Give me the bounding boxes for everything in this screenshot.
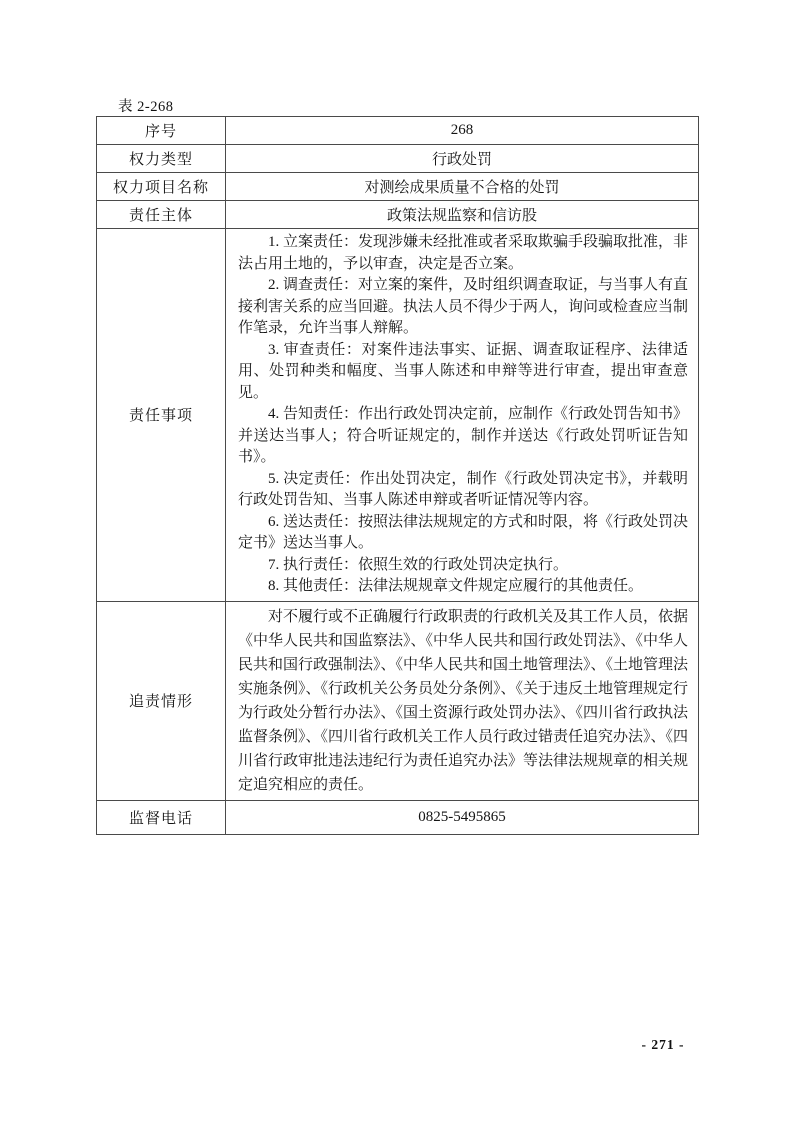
row-label-duty-items: 责任事项 xyxy=(97,229,226,602)
duty-paragraph: 5. 决定责任：作出处罚决定，制作《行政处罚决定书》，并载明行政处罚告知、当事人… xyxy=(238,469,688,512)
duty-paragraph: 3. 审查责任：对案件违法事实、证据、调查取证程序、法律适用、处罚种类和幅度、当… xyxy=(238,340,688,405)
table-row: 权力项目名称 对测绘成果质量不合格的处罚 xyxy=(97,173,699,201)
row-value-power-item-name: 对测绘成果质量不合格的处罚 xyxy=(226,173,699,201)
row-value-power-type: 行政处罚 xyxy=(226,145,699,173)
accountability-cell: 对不履行或不正确履行行政职责的行政机关及其工作人员，依据《中华人民共和国监察法》… xyxy=(226,601,699,800)
table-row: 责任主体 政策法规监察和信访股 xyxy=(97,201,699,229)
page-number: - 271 - xyxy=(640,1037,686,1053)
table-row: 责任事项 1. 立案责任：发现涉嫌未经批准或者采取欺骗手段骗取批准，非法占用土地… xyxy=(97,229,699,602)
table-row: 序号 268 xyxy=(97,117,699,145)
duty-items-cell: 1. 立案责任：发现涉嫌未经批准或者采取欺骗手段骗取批准，非法占用土地的，予以审… xyxy=(226,229,699,602)
row-label-accountability: 追责情形 xyxy=(97,601,226,800)
table-row: 追责情形 对不履行或不正确履行行政职责的行政机关及其工作人员，依据《中华人民共和… xyxy=(97,601,699,800)
row-label-power-type: 权力类型 xyxy=(97,145,226,173)
duty-paragraph: 1. 立案责任：发现涉嫌未经批准或者采取欺骗手段骗取批准，非法占用土地的，予以审… xyxy=(238,232,688,275)
row-label-responsible-body: 责任主体 xyxy=(97,201,226,229)
table-row: 权力类型 行政处罚 xyxy=(97,145,699,173)
row-label-serial-number: 序号 xyxy=(97,117,226,145)
table-caption: 表 2-268 xyxy=(118,95,173,116)
row-label-supervision-phone: 监督电话 xyxy=(97,800,226,834)
power-item-table: 序号 268 权力类型 行政处罚 权力项目名称 对测绘成果质量不合格的处罚 责任… xyxy=(96,116,699,835)
row-value-serial-number: 268 xyxy=(226,117,699,145)
table-row: 监督电话 0825-5495865 xyxy=(97,800,699,834)
duty-paragraph: 6. 送达责任：按照法律法规规定的方式和时限，将《行政处罚决定书》送达当事人。 xyxy=(238,512,688,555)
duty-paragraph: 4. 告知责任：作出行政处罚决定前，应制作《行政处罚告知书》并送达当事人；符合听… xyxy=(238,404,688,469)
duty-paragraph: 7. 执行责任：依照生效的行政处罚决定执行。 xyxy=(238,555,688,577)
row-value-supervision-phone: 0825-5495865 xyxy=(226,800,699,834)
duty-paragraph: 2. 调查责任：对立案的案件，及时组织调查取证，与当事人有直接利害关系的应当回避… xyxy=(238,275,688,340)
row-value-responsible-body: 政策法规监察和信访股 xyxy=(226,201,699,229)
document-page: 表 2-268 序号 268 权力类型 行政处罚 权力项目名称 对测绘成果质量不… xyxy=(0,0,793,1122)
row-label-power-item-name: 权力项目名称 xyxy=(97,173,226,201)
duty-paragraph: 8. 其他责任：法律法规规章文件规定应履行的其他责任。 xyxy=(238,576,688,598)
accountability-paragraph: 对不履行或不正确履行行政职责的行政机关及其工作人员，依据《中华人民共和国监察法》… xyxy=(238,605,688,797)
